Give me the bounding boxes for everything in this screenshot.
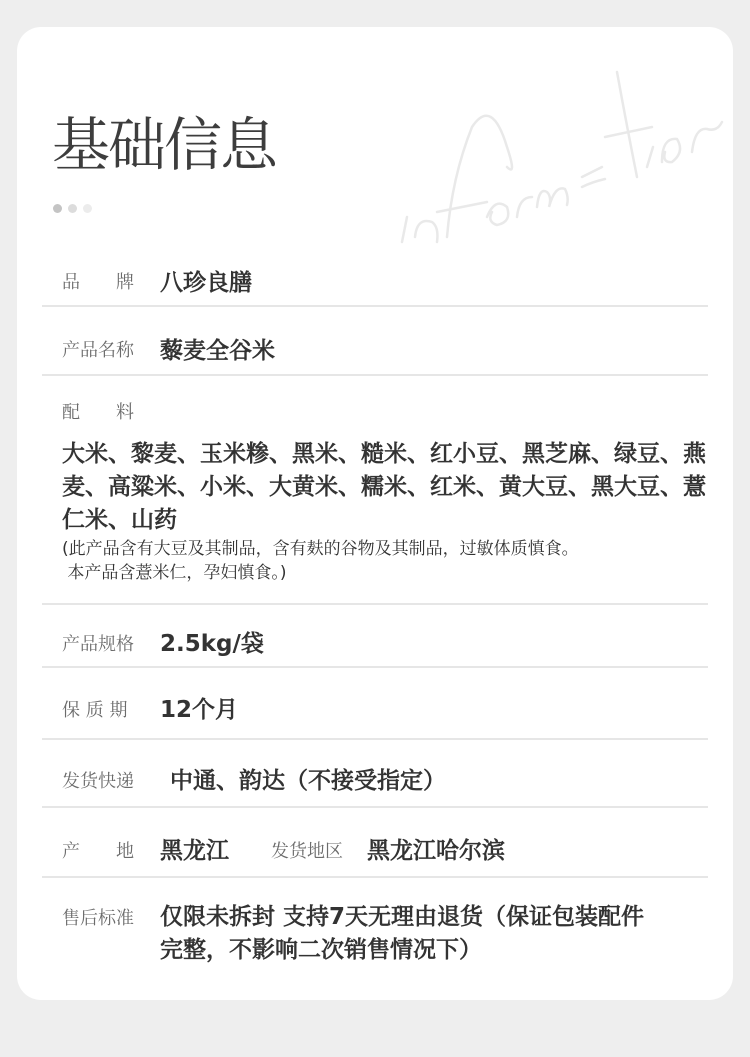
origin-label: 产 地: [62, 837, 134, 863]
page-title: 基础信息: [52, 110, 276, 180]
ingredients-value: 大米、黎麦、玉米糁、黑米、糙米、红小豆、黑芝麻、绿豆、燕麦、高粱米、小米、大黄米…: [62, 438, 722, 537]
information-watermark: [377, 67, 727, 257]
ingredients-row: 配 料 大米、黎麦、玉米糁、黑米、糙米、红小豆、黑芝麻、绿豆、燕麦、高粱米、小米…: [42, 376, 708, 602]
pagination-dots: [53, 204, 92, 213]
shelf-life-value: 12个月: [160, 691, 238, 724]
after-sales-row: 售后标准 仅限未拆封 支持7天无理由退货（保证包装配件 完整，不影响二次销售情况…: [42, 878, 708, 978]
brand-row: 品 牌 八珍良膳: [42, 252, 708, 306]
shelf-life-row: 保 质 期 12个月: [42, 668, 708, 738]
basic-info-card: 基础信息 品 牌 八珍良膳 产品名称 藜麦全谷米 配 料 大米、黎麦、玉米糁、黑…: [17, 27, 733, 1000]
after-sales-value-2: 完整，不影响二次销售情况下）: [160, 931, 482, 964]
ingredients-note-1: (此产品含有大豆及其制品，含有麸的谷物及其制品，过敏体质慎食。: [62, 537, 579, 562]
product-name-label: 产品名称: [62, 336, 134, 362]
ingredients-label: 配 料: [62, 398, 134, 424]
dot-3: [83, 204, 92, 213]
courier-label: 发货快递: [62, 767, 134, 793]
dot-2: [68, 204, 77, 213]
shelf-life-label: 保 质 期: [62, 696, 127, 722]
courier-value: 中通、韵达（不接受指定）: [170, 762, 446, 795]
after-sales-value-1: 仅限未拆封 支持7天无理由退货（保证包装配件: [160, 898, 644, 931]
ship-region-value: 黑龙江哈尔滨: [367, 832, 505, 865]
dot-1: [53, 204, 62, 213]
spec-value: 2.5kg/袋: [160, 625, 264, 658]
brand-label: 品 牌: [62, 268, 134, 294]
product-name-value: 藜麦全谷米: [160, 332, 275, 365]
ingredients-note-2: 本产品含薏米仁，孕妇慎食。): [62, 561, 287, 586]
brand-value: 八珍良膳: [160, 264, 252, 297]
spec-label: 产品规格: [62, 630, 134, 656]
origin-row: 产 地 黑龙江 发货地区 黑龙江哈尔滨: [42, 808, 708, 876]
product-name-row: 产品名称 藜麦全谷米: [42, 307, 708, 375]
ship-region-label: 发货地区: [271, 837, 343, 863]
after-sales-label: 售后标准: [62, 904, 134, 930]
courier-row: 发货快递 中通、韵达（不接受指定）: [42, 740, 708, 806]
spec-row: 产品规格 2.5kg/袋: [42, 605, 708, 666]
origin-value: 黑龙江: [160, 832, 229, 865]
